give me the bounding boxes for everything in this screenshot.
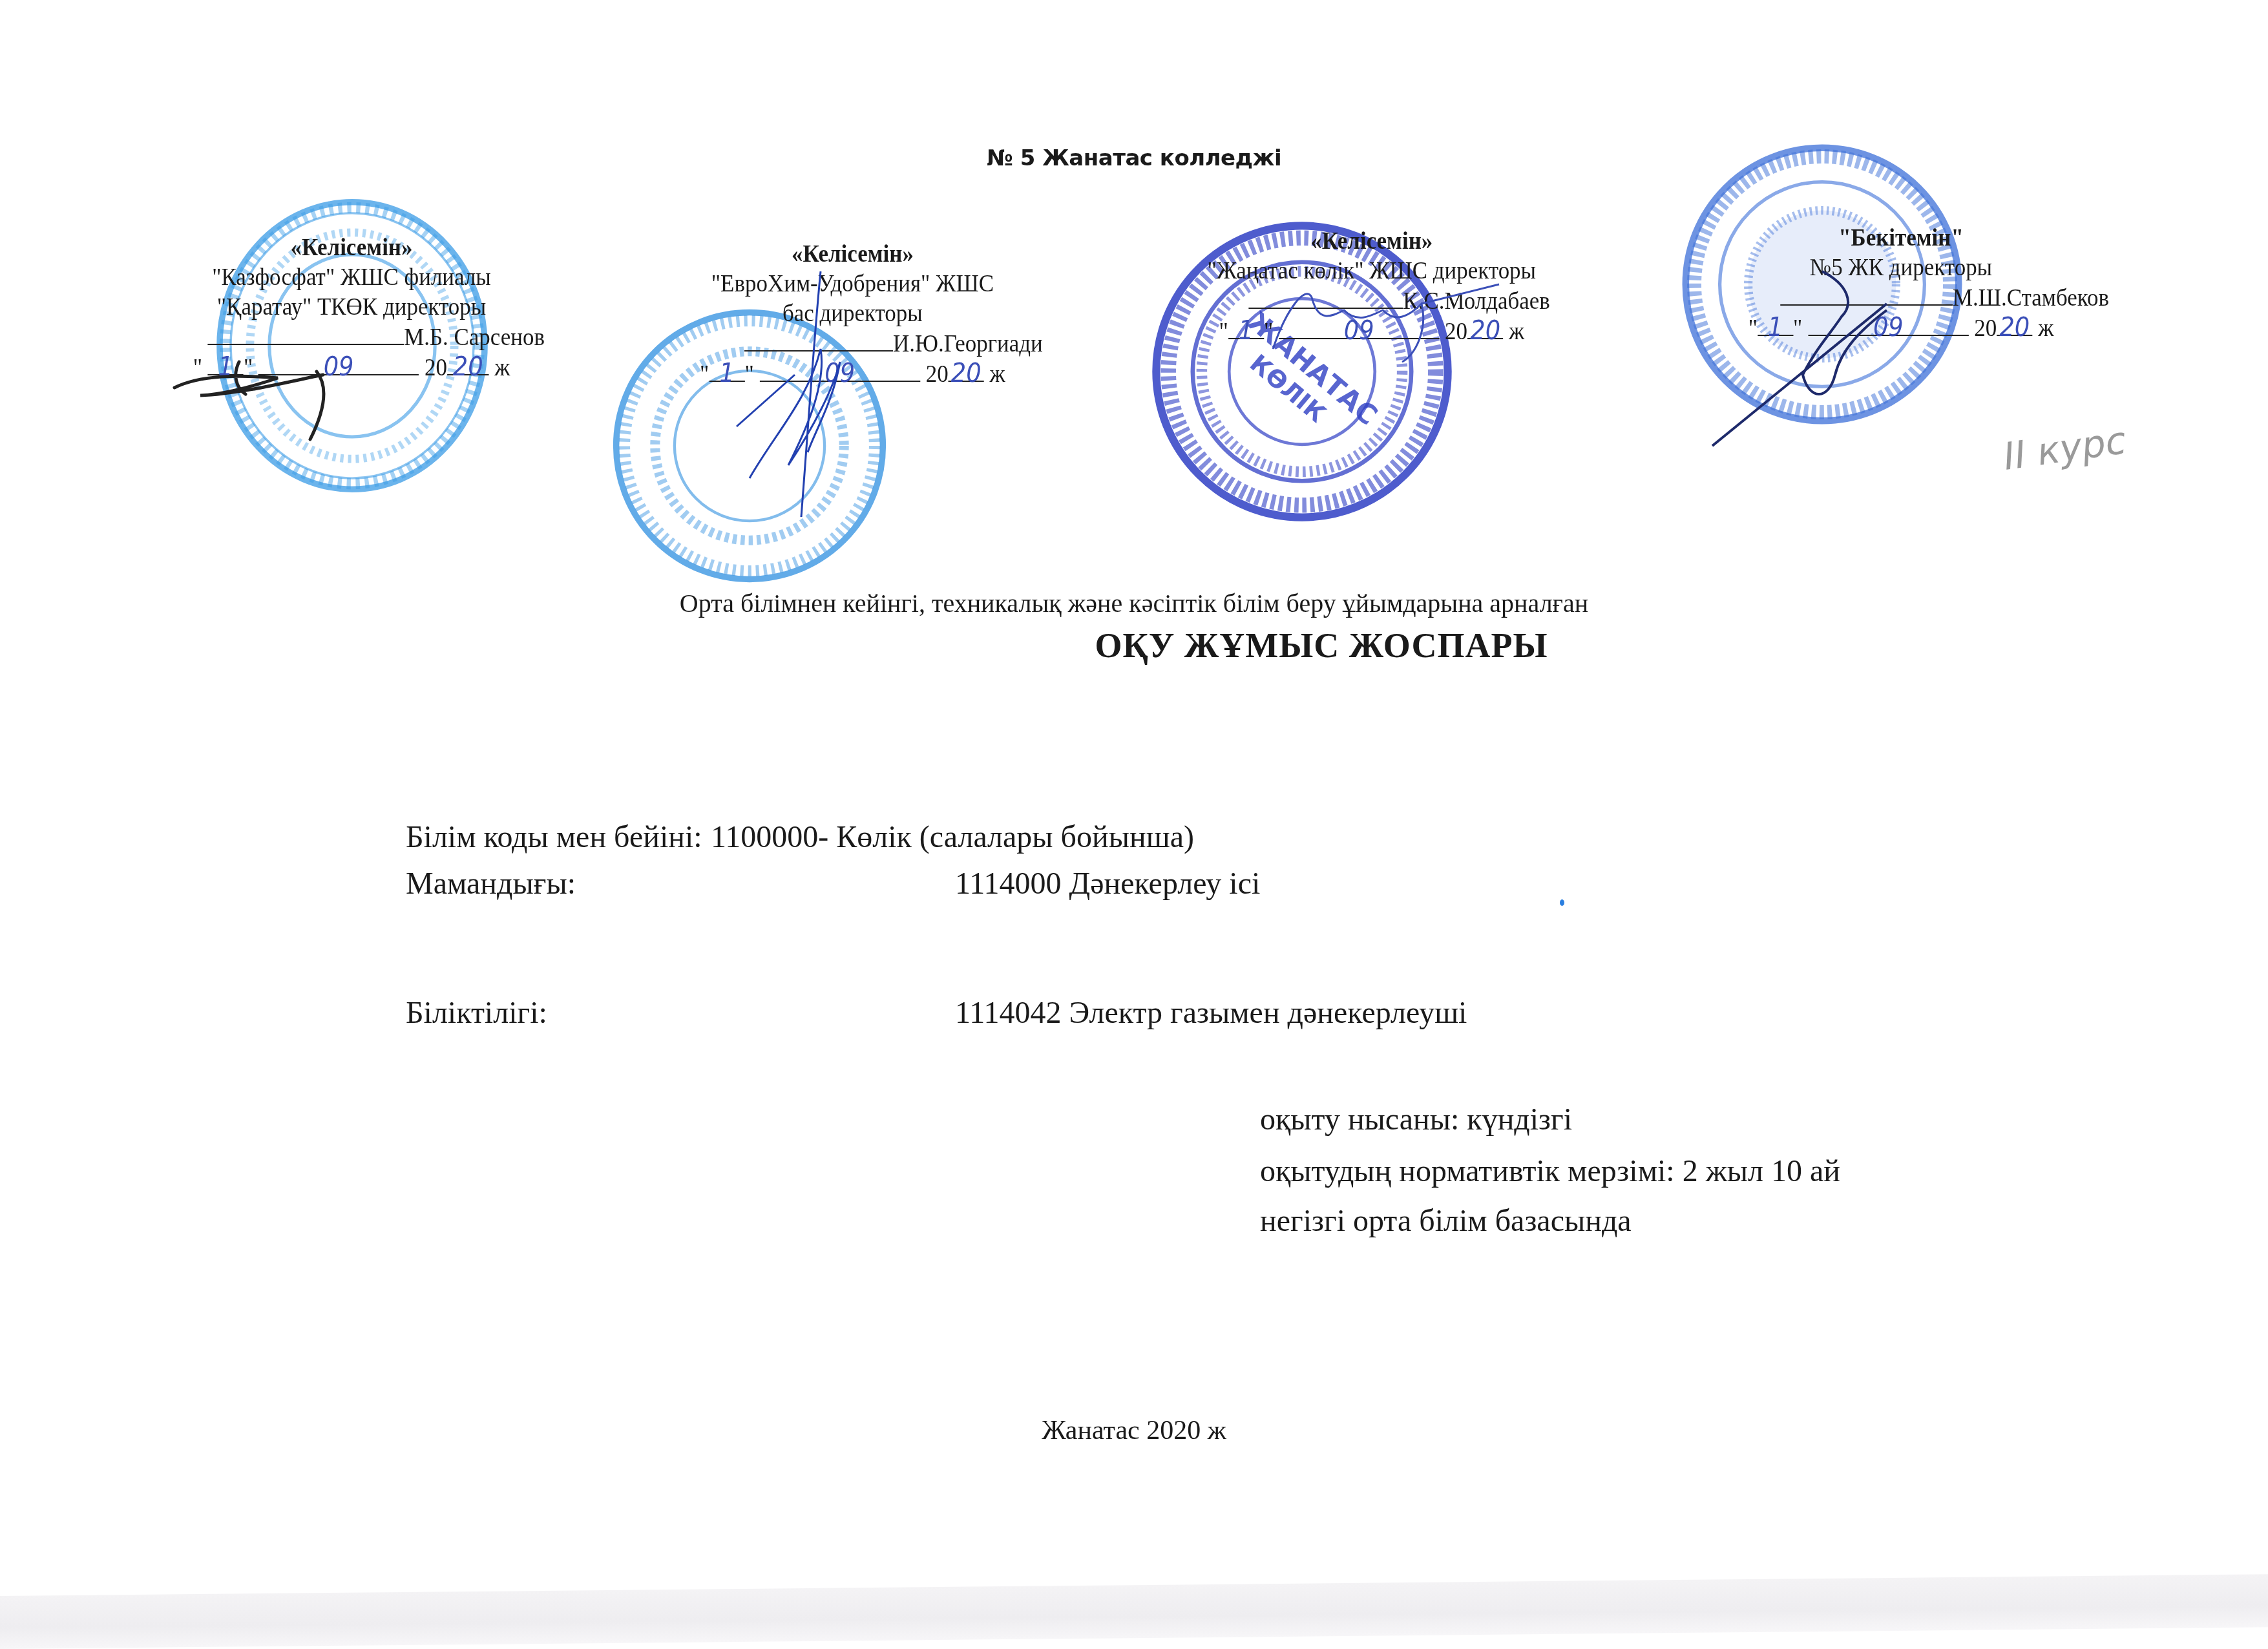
approval-day: 1: [1768, 313, 1783, 342]
footer-place-year: Жанатас 2020 ж: [0, 1415, 2268, 1446]
approval-org-line2: бас директоры: [662, 299, 1043, 328]
approval-month: 09: [1873, 313, 1904, 342]
specialty-label: Мамандығы:: [406, 866, 576, 901]
scan-edge: [0, 1574, 2268, 1649]
approval-day: 1: [1239, 316, 1254, 346]
approval-signatory: М.Б. Сарсенов: [404, 324, 545, 351]
qualification-label: Біліктілігі:: [406, 995, 547, 1031]
approval-year-suffix: 20: [951, 359, 982, 388]
college-name: № 5 Жанатас колледжі: [0, 145, 2268, 171]
qualification-row: Біліктілігі: 1114042 Электр газымен дәне…: [406, 995, 1698, 1034]
approval-date: "1" 09 2020 ж: [1693, 313, 2109, 343]
approval-year-prefix: 20: [926, 361, 949, 388]
study-base: негізгі орта білім базасында: [1260, 1203, 1632, 1239]
education-code-label: Білім коды мен бейіні:: [406, 819, 702, 855]
approval-heading: «Келісемін»: [158, 233, 545, 262]
approval-day: 1: [218, 352, 233, 382]
education-code-value: 1100000- Көлік (салалары бойынша): [711, 819, 1194, 855]
approval-block-college-director: "Бекітемін" №5 ЖК директоры М.Ш.Стамбеко…: [1693, 223, 2109, 343]
qualification-value: 1114042 Электр газымен дәнекерлеуші: [955, 995, 1467, 1031]
approval-year-unit: ж: [990, 361, 1005, 388]
approval-year-prefix: 20: [1445, 318, 1467, 345]
approval-block-zhanatas-kolik: «Келісемін» "Жаңатас көлік" ЖШС директор…: [1170, 226, 1574, 346]
approval-heading: «Келісемін»: [1170, 226, 1574, 256]
approval-year-unit: ж: [2038, 315, 2053, 342]
signature-line: И.Ю.Георгиади: [662, 328, 1043, 359]
signature-line: М.Б. Сарсенов: [158, 322, 545, 352]
approval-year-suffix: 20: [1470, 316, 1500, 346]
approval-org-line1: "ЕвроХим-Удобрения" ЖШС: [662, 269, 1043, 299]
approval-org-line1: "Казфосфат" ЖШС филиалы: [158, 262, 545, 292]
document-title: ОҚУ ЖҰМЫС ЖОСПАРЫ: [0, 625, 2268, 666]
signature-line: К.С.Молдабаев: [1170, 286, 1574, 316]
approval-year-prefix: 20: [1974, 315, 1997, 342]
approval-signatory: И.Ю.Георгиади: [893, 330, 1043, 357]
specialty-value: 1114000 Дәнекерлеу ісі: [955, 866, 1260, 901]
approval-year-suffix: 20: [1999, 313, 2030, 342]
education-code-row: Білім коды мен бейіні: 1100000- Көлік (с…: [406, 819, 1698, 858]
approval-date: "1" 09 2020 ж: [662, 359, 1043, 389]
approval-month: 09: [324, 352, 354, 382]
approval-signatory: М.Ш.Стамбеков: [1953, 284, 2109, 311]
approval-month: 09: [824, 359, 855, 388]
approval-org-line1: №5 ЖК директоры: [1693, 253, 2109, 282]
study-form: оқыту нысаны: күндізгі: [1260, 1102, 1572, 1137]
approval-date: "1" 09 2020 ж: [1170, 316, 1574, 346]
approval-year-prefix: 20: [425, 354, 447, 381]
approval-org-line1: "Жаңатас көлік" ЖШС директоры: [1170, 256, 1574, 286]
approval-date: " 1" 09 2020 ж: [158, 352, 545, 383]
handwritten-note: II курс: [2000, 418, 2128, 479]
document-page: № 5 Жанатас колледжі ЖАНАТАС КӨЛІК: [0, 0, 2268, 1649]
svg-text:КӨЛІК: КӨЛІК: [1244, 349, 1332, 428]
approval-year-unit: ж: [494, 354, 510, 381]
approval-org-line2: "Қаратау" ТКӨК директоры: [158, 292, 545, 322]
document-subtitle: Орта білімнен кейінгі, техникалық және к…: [0, 588, 2268, 618]
approval-block-kazphosphate: «Келісемін» "Казфосфат" ЖШС филиалы "Қар…: [158, 233, 545, 383]
ink-mark: [1560, 899, 1564, 906]
approval-heading: «Келісемін»: [662, 239, 1043, 269]
approval-block-eurochem: «Келісемін» "ЕвроХим-Удобрения" ЖШС бас …: [662, 239, 1043, 389]
approval-signatory: К.С.Молдабаев: [1403, 288, 1549, 315]
approval-month: 09: [1344, 316, 1374, 346]
approval-year-unit: ж: [1509, 318, 1524, 345]
signature-line: М.Ш.Стамбеков: [1693, 282, 2109, 313]
approval-year-suffix: 20: [453, 352, 483, 382]
specialty-row: Мамандығы: 1114000 Дәнекерлеу ісі: [406, 866, 1698, 905]
approval-day: 1: [719, 359, 734, 388]
approval-heading: "Бекітемін": [1693, 223, 2109, 253]
study-duration: оқытудың нормативтік мерзімі: 2 жыл 10 а…: [1260, 1153, 1840, 1189]
